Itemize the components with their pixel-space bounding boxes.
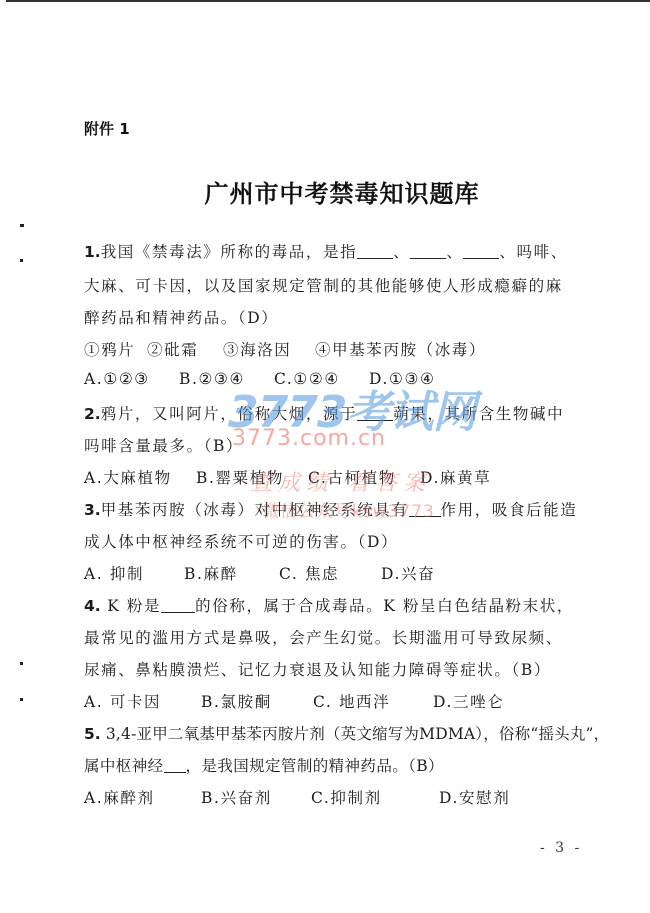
option-c: C.①②④ <box>274 370 369 388</box>
question-number: 4. <box>84 597 101 615</box>
answer-blank <box>357 406 393 421</box>
watermark-url: 3773.com.cn <box>232 426 386 451</box>
question-3-line-2: 成人体中枢神经系统不可逆的伤害。（D） <box>84 530 398 552</box>
question-3-options: A. 抑制B.麻醉C. 焦虑D.兴奋 <box>84 562 435 584</box>
option-d: D.安慰剂 <box>439 786 510 808</box>
question-text: 、 <box>393 243 410 261</box>
answer-blank <box>409 502 441 517</box>
question-2-options: A.大麻植物B.罂粟植物C.古柯植物D.麻黄草 <box>84 466 491 488</box>
question-number: 2. <box>84 405 101 423</box>
question-text: ，是我国规定管制的精神药品。（B） <box>186 757 444 775</box>
item: ①鸦片 <box>84 338 147 360</box>
answer-blank <box>161 598 195 613</box>
option-a: A. 抑制 <box>84 562 184 584</box>
page-top-edge <box>6 0 650 2</box>
question-text: K 粉是 <box>107 597 161 615</box>
question-2-line-2: 吗啡含量最多。（B） <box>84 434 243 456</box>
question-text: 3,4-亚甲二氧基甲基苯丙胺片剂（英文缩写为MDMA），俗称“摇头丸”， <box>106 725 610 743</box>
question-text: 、吗啡、 <box>499 243 567 261</box>
question-4-line-2: 最常见的滥用方式是鼻吸，会产生幻觉。长期滥用可导致尿频、 <box>84 626 563 648</box>
option-a: A.大麻植物 <box>84 466 196 488</box>
question-4-line-1: 4. K 粉是的俗称，属于合成毒品。K 粉呈白色结晶粉末状， <box>84 594 574 616</box>
question-text: 的俗称，属于合成毒品。K 粉呈白色结晶粉末状， <box>195 597 574 615</box>
option-c: C.古柯植物 <box>308 466 420 488</box>
question-text: 蒴果，其所含生物碱中 <box>393 405 564 423</box>
scan-mark <box>20 698 23 701</box>
question-1-items: ①鸦片②砒霜③海洛因④甲基苯丙胺（冰毒） <box>84 338 486 360</box>
scan-mark <box>20 224 24 227</box>
item: ④甲基苯丙胺（冰毒） <box>315 338 486 360</box>
page-title: 广州市中考禁毒知识题库 <box>0 174 650 209</box>
option-b: B.氯胺酮 <box>201 690 313 712</box>
question-text: 作用，吸食后能造 <box>441 501 578 519</box>
scan-mark <box>20 259 23 262</box>
question-5-line-1: 5. 3,4-亚甲二氧基甲基苯丙胺片剂（英文缩写为MDMA），俗称“摇头丸”， <box>84 722 609 744</box>
question-3-line-1: 3.甲基苯丙胺（冰毒）对中枢神经系统具有作用，吸食后能造 <box>84 498 577 520</box>
option-b: B.罂粟植物 <box>196 466 308 488</box>
answer-blank <box>357 244 393 259</box>
question-4-options: A. 可卡因B.氯胺酮C. 地西泮D.三唑仑 <box>84 690 504 712</box>
question-1-line-3: 醉药品和精神药品。（D） <box>84 306 278 328</box>
answer-blank <box>463 244 499 259</box>
question-1-line-1: 1.我国《禁毒法》所称的毒品，是指、、、吗啡、 <box>84 240 568 262</box>
answer-blank <box>164 758 186 773</box>
question-4-line-3: 尿痛、鼻粘膜溃烂、记忆力衰退及认知能力障碍等症状。（B） <box>84 658 551 680</box>
page-number: - 3 - <box>540 840 582 856</box>
question-text: 、 <box>446 243 463 261</box>
question-5-options: A.麻醉剂B.兴奋剂C.抑制剂D.安慰剂 <box>84 786 510 808</box>
annex-label: 附件 1 <box>84 118 130 139</box>
scan-mark <box>20 662 23 665</box>
option-d: D.①③④ <box>369 370 436 388</box>
answer-blank <box>410 244 446 259</box>
option-d: D.麻黄草 <box>420 466 491 488</box>
option-a: A.麻醉剂 <box>84 786 201 808</box>
question-text: 甲基苯丙胺（冰毒）对中枢神经系统具有 <box>101 501 409 519</box>
question-number: 3. <box>84 501 101 519</box>
option-c: C.抑制剂 <box>311 786 439 808</box>
question-5-line-2: 属中枢神经，是我国规定管制的精神药品。（B） <box>84 754 444 776</box>
question-text: 属中枢神经 <box>84 757 164 775</box>
option-c: C. 焦虑 <box>279 562 381 584</box>
option-a: A. 可卡因 <box>84 690 201 712</box>
question-number: 1. <box>84 243 101 261</box>
question-1-options: A.①②③B.②③④C.①②④D.①③④ <box>84 370 436 388</box>
option-c: C. 地西泮 <box>313 690 433 712</box>
option-b: B.麻醉 <box>184 562 279 584</box>
question-number: 5. <box>84 725 101 743</box>
option-a: A.①②③ <box>84 370 179 388</box>
question-2-line-1: 2.鸦片，又叫阿片，俗称大烟，源于蒴果，其所含生物碱中 <box>84 402 564 424</box>
question-1-line-2: 大麻、可卡因，以及国家规定管制的其他能够使人形成瘾癖的麻 <box>84 274 563 296</box>
option-b: B.兴奋剂 <box>201 786 311 808</box>
option-b: B.②③④ <box>179 370 274 388</box>
question-text: 鸦片，又叫阿片，俗称大烟，源于 <box>101 405 358 423</box>
question-text: 我国《禁毒法》所称的毒品，是指 <box>101 243 358 261</box>
option-d: D.兴奋 <box>381 562 435 584</box>
item: ③海洛因 <box>223 338 315 360</box>
item: ②砒霜 <box>147 338 223 360</box>
option-d: D.三唑仑 <box>433 690 504 712</box>
